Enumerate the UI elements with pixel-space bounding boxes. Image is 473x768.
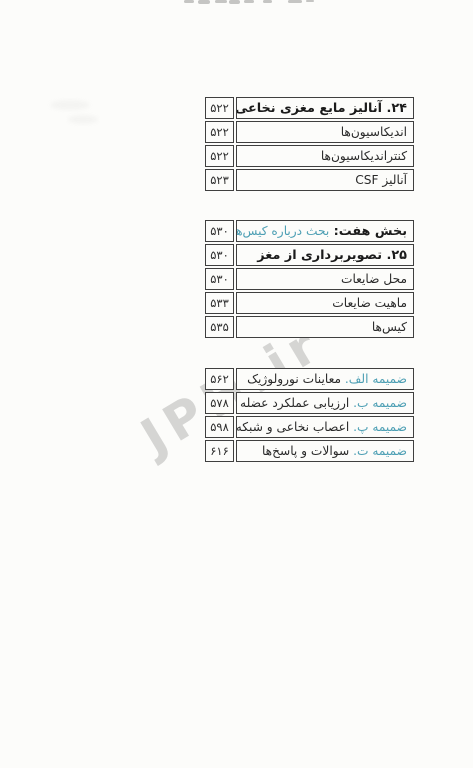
toc-table-1: ۵۲۲۲۴. آنالیز مایع مغزی نخاعی۵۲۲اندیکاسی… <box>203 95 416 193</box>
page-number-cell: ۵۲۲ <box>205 121 234 143</box>
entry-title-cell: کنتراندیکاسیون‌ها <box>236 145 414 167</box>
page-number-cell: ۵۳۵ <box>205 316 234 338</box>
scan-artifact <box>306 0 314 2</box>
toc-row: ۵۲۳آنالیز CSF <box>205 169 414 191</box>
entry-title-cell: بخش هفت: بحث درباره کیس‌ها <box>236 220 414 242</box>
toc-row: ۵۲۲۲۴. آنالیز مایع مغزی نخاعی <box>205 97 414 119</box>
entry-title-segment: اعصاب نخاعی و شبکه‌ها <box>236 420 349 434</box>
entry-title-segment: آنالیز CSF <box>355 173 407 187</box>
page-number-cell: ۵۲۲ <box>205 145 234 167</box>
toc-row: ۵۳۳ماهیت ضایعات <box>205 292 414 314</box>
entry-title-segment: بخش هفت: <box>329 224 407 239</box>
scan-artifact <box>198 0 210 4</box>
entry-title-segment: ضمیمه ت. <box>349 444 407 458</box>
toc-row: ۵۲۲کنتراندیکاسیون‌ها <box>205 145 414 167</box>
scan-artifact <box>288 0 302 3</box>
toc-row: ۶۱۶ضمیمه ت. سوالات و پاسخ‌ها <box>205 440 414 462</box>
scan-artifact <box>184 0 194 3</box>
entry-title-cell: آنالیز CSF <box>236 169 414 191</box>
entry-title-segment: کنتراندیکاسیون‌ها <box>321 149 407 163</box>
entry-title-cell: محل ضایعات <box>236 268 414 290</box>
page-number-cell: ۵۳۰ <box>205 244 234 266</box>
entry-title-segment: ضمیمه الف. <box>341 372 407 386</box>
page-number-cell: ۵۷۸ <box>205 392 234 414</box>
page-number-cell: ۵۲۲ <box>205 97 234 119</box>
entry-title-segment: ارزیابی عملکرد عضله <box>240 396 349 410</box>
scan-artifact <box>229 0 240 4</box>
entry-title-cell: ۲۵. تصویربرداری از مغز <box>236 244 414 266</box>
entry-title-segment: اندیکاسیون‌ها <box>341 125 407 139</box>
scan-smudge <box>68 115 98 124</box>
entry-title-segment: ضمیمه ب. <box>349 396 407 410</box>
scan-smudge <box>50 100 90 110</box>
entry-title-cell: ضمیمه الف. معاینات نورولوژیک <box>236 368 414 390</box>
entry-title-cell: کیس‌ها <box>236 316 414 338</box>
toc-table-2: ۵۳۰بخش هفت: بحث درباره کیس‌ها۵۳۰۲۵. تصوی… <box>203 218 416 340</box>
page-number-cell: ۵۳۳ <box>205 292 234 314</box>
entry-title-cell: ضمیمه ب. ارزیابی عملکرد عضله <box>236 392 414 414</box>
scan-artifact <box>244 0 254 3</box>
toc-row: ۵۶۲ضمیمه الف. معاینات نورولوژیک <box>205 368 414 390</box>
entry-title-segment: محل ضایعات <box>341 272 407 286</box>
toc-row: ۵۳۰۲۵. تصویربرداری از مغز <box>205 244 414 266</box>
entry-title-segment: سوالات و پاسخ‌ها <box>262 444 349 458</box>
toc-row: ۵۳۵کیس‌ها <box>205 316 414 338</box>
page-number-cell: ۵۳۰ <box>205 268 234 290</box>
toc-row: ۵۳۰بخش هفت: بحث درباره کیس‌ها <box>205 220 414 242</box>
entry-title-cell: ضمیمه پ. اعصاب نخاعی و شبکه‌ها <box>236 416 414 438</box>
scanned-toc-page: JPH.ir ۵۲۲۲۴. آنالیز مایع مغزی نخاعی۵۲۲ا… <box>0 0 473 768</box>
entry-title-cell: ماهیت ضایعات <box>236 292 414 314</box>
entry-title-cell: ضمیمه ت. سوالات و پاسخ‌ها <box>236 440 414 462</box>
toc-row: ۵۳۰محل ضایعات <box>205 268 414 290</box>
toc-row: ۵۹۸ضمیمه پ. اعصاب نخاعی و شبکه‌ها <box>205 416 414 438</box>
entry-title-segment: ۲۵. تصویربرداری از مغز <box>257 248 407 263</box>
toc-table-3: ۵۶۲ضمیمه الف. معاینات نورولوژیک۵۷۸ضمیمه … <box>203 366 416 464</box>
toc-row: ۵۷۸ضمیمه ب. ارزیابی عملکرد عضله <box>205 392 414 414</box>
entry-title-segment: معاینات نورولوژیک <box>247 372 341 386</box>
scan-artifact <box>215 0 227 3</box>
entry-title-segment: ضمیمه پ. <box>349 420 407 434</box>
entry-title-cell: اندیکاسیون‌ها <box>236 121 414 143</box>
page-number-cell: ۵۹۸ <box>205 416 234 438</box>
toc-row: ۵۲۲اندیکاسیون‌ها <box>205 121 414 143</box>
entry-title-segment: بحث درباره کیس‌ها <box>236 224 329 238</box>
entry-title-segment: کیس‌ها <box>372 320 407 334</box>
page-number-cell: ۵۳۰ <box>205 220 234 242</box>
page-number-cell: ۶۱۶ <box>205 440 234 462</box>
scan-artifact <box>263 0 272 3</box>
entry-title-segment: ماهیت ضایعات <box>332 296 407 310</box>
page-number-cell: ۵۲۳ <box>205 169 234 191</box>
entry-title-segment: ۲۴. آنالیز مایع مغزی نخاعی <box>236 101 407 116</box>
entry-title-cell: ۲۴. آنالیز مایع مغزی نخاعی <box>236 97 414 119</box>
page-number-cell: ۵۶۲ <box>205 368 234 390</box>
